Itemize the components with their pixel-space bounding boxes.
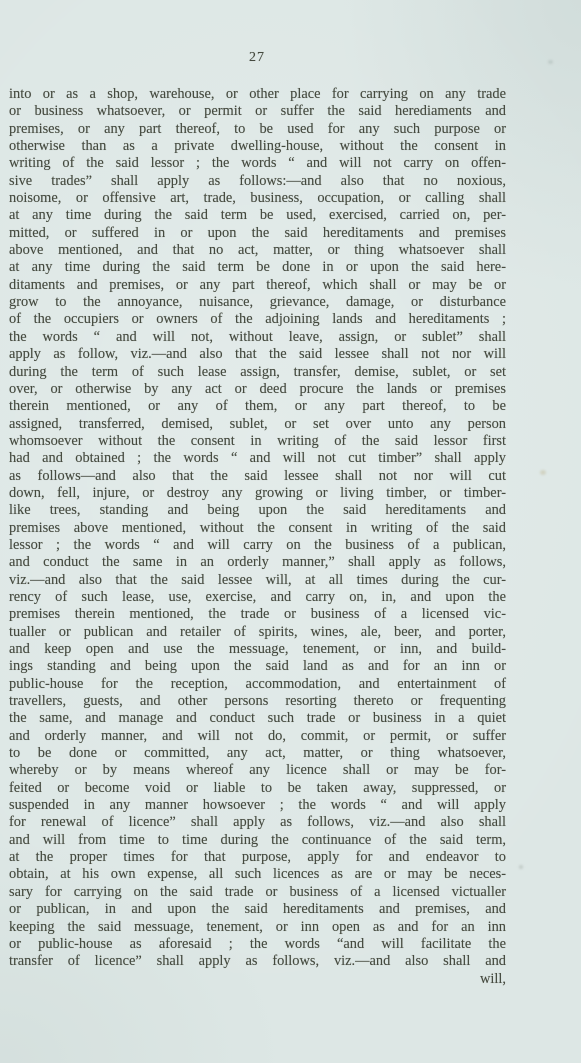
text-line: into or as a shop, warehouse, or other p… <box>9 86 506 103</box>
text-line: viz.—and also that the said lessee will,… <box>9 572 506 589</box>
text-line: or publican, in and upon the said heredi… <box>9 901 506 918</box>
text-line: and will from time to time during the co… <box>9 832 506 849</box>
text-line: noisome, or offensive art, trade, busine… <box>9 190 506 207</box>
text-line: tualler or publican and retailer of spir… <box>9 624 506 641</box>
paper-speck <box>548 60 553 64</box>
text-line: the same, and manage and conduct such tr… <box>9 710 506 727</box>
text-line: at any time during the said term be used… <box>9 207 506 224</box>
text-line: otherwise than as a private dwelling-hou… <box>9 138 506 155</box>
text-line: and keep open and use the messuage, tene… <box>9 641 506 658</box>
page-number: 27 <box>9 50 505 66</box>
text-line: at any time during the said term be done… <box>9 259 506 276</box>
text-line: at the proper times for that purpose, ap… <box>9 849 506 866</box>
text-line: writing of the said lessor ; the words “… <box>9 155 506 172</box>
text-line: sary for carrying on the said trade or b… <box>9 884 506 901</box>
text-line: premises therein mentioned, the trade or… <box>9 606 506 623</box>
text-line: the words “ and will not, without leave,… <box>9 329 506 346</box>
text-line: mitted, or suffered in or upon the said … <box>9 225 506 242</box>
text-line: ings standing and being upon the said la… <box>9 658 506 675</box>
text-line: lessor ; the words “ and will carry on t… <box>9 537 506 554</box>
text-line: ditaments and premises, or any part ther… <box>9 277 506 294</box>
text-line: apply as follow, viz.—and also that the … <box>9 346 506 363</box>
text-line: or public-house as aforesaid ; the words… <box>9 936 506 953</box>
text-line: therein mentioned, or any of them, or an… <box>9 398 506 415</box>
catchword-line: will, <box>9 971 506 988</box>
paper-speck <box>519 865 523 869</box>
text-line: premises, or any part thereof, to be use… <box>9 121 506 138</box>
text-line: assigned, transferred, demised, sublet, … <box>9 416 506 433</box>
text-line: had and obtained ; the words “ and will … <box>9 450 506 467</box>
text-line: sive trades” shall apply as follows:—and… <box>9 173 506 190</box>
text-line: rency of such lease, use, exercise, and … <box>9 589 506 606</box>
text-line: feited or become void or liable to be ta… <box>9 780 506 797</box>
text-line: and orderly manner, and will not do, com… <box>9 728 506 745</box>
text-line: travellers, guests, and other persons re… <box>9 693 506 710</box>
text-line: as follows—and also that the said lessee… <box>9 468 506 485</box>
text-line: over, or otherwise by any act or deed pr… <box>9 381 506 398</box>
text-line: public-house for the reception, accommod… <box>9 676 506 693</box>
text-line: and conduct the same in an orderly manne… <box>9 554 506 571</box>
text-line: whereby or by means whereof any licence … <box>9 762 506 779</box>
text-line: of the occupiers or owners of the adjoin… <box>9 311 506 328</box>
text-line: during the term of such lease assign, tr… <box>9 364 506 381</box>
text-line: transfer of licence” shall apply as foll… <box>9 953 506 970</box>
page-text: into or as a shop, warehouse, or other p… <box>9 86 506 988</box>
text-line: to be done or committed, any act, matter… <box>9 745 506 762</box>
text-line: premises above mentioned, without the co… <box>9 520 506 537</box>
text-line: obtain, at his own expense, all such lic… <box>9 866 506 883</box>
scanned-page: 27 into or as a shop, warehouse, or othe… <box>0 0 581 1063</box>
text-line: like trees, standing and being upon the … <box>9 502 506 519</box>
text-line: whomsoever without the consent in writin… <box>9 433 506 450</box>
text-line: above mentioned, and that no act, matter… <box>9 242 506 259</box>
paper-speck <box>540 470 546 475</box>
text-line: for renewal of licence” shall apply as f… <box>9 814 506 831</box>
text-line: suspended in any manner howsoever ; the … <box>9 797 506 814</box>
text-line: grow to the annoyance, nuisance, grievan… <box>9 294 506 311</box>
text-line: keeping the said messuage, tenement, or … <box>9 919 506 936</box>
text-line: or business whatsoever, or permit or suf… <box>9 103 506 120</box>
text-line: down, fell, injure, or destroy any growi… <box>9 485 506 502</box>
